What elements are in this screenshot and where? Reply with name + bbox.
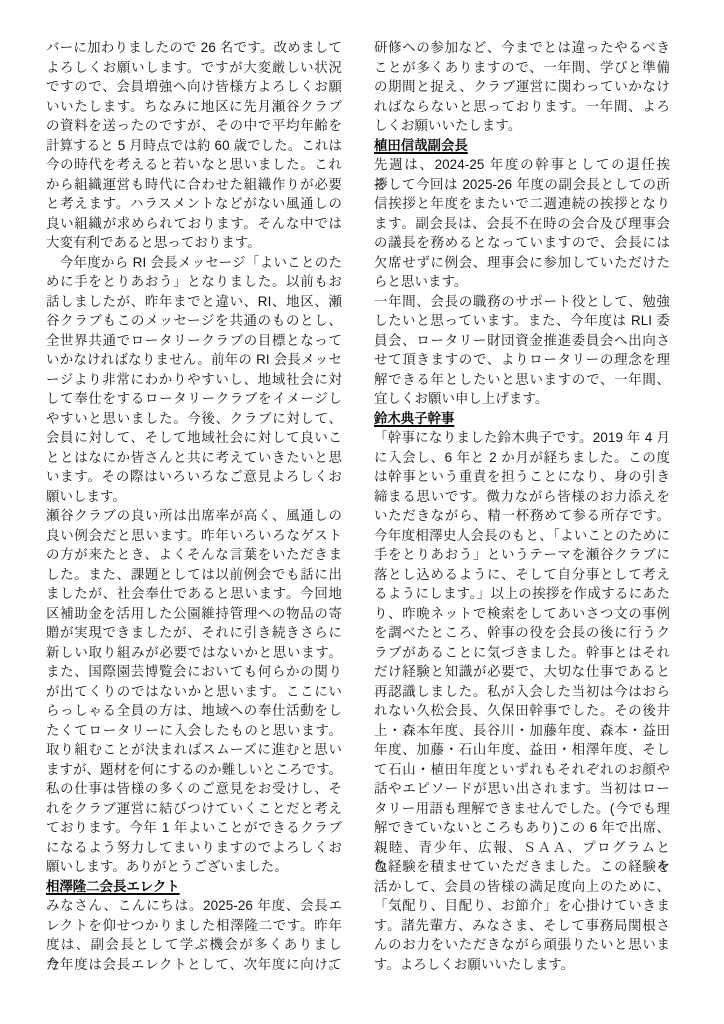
text-line: せて頂きますので、よりロータリーの理念を理: [374, 350, 670, 370]
text-line: るようにします。」以上の挨拶を作成するにあた: [374, 584, 670, 604]
text-line: んのお力をいただきながら頑張りたいと思いま: [374, 935, 670, 955]
text-line: めに手をとりあおう」となりました。以前もお: [46, 272, 342, 292]
text-line: が出てくりのではないかと思います。ここにい: [46, 682, 342, 702]
text-line: 手をとりあおう」というテーマを瀬谷クラブに: [374, 545, 670, 565]
text-line: います。その際はいろいろなご意見よろしくお: [46, 467, 342, 487]
text-line: れない久松会長、久保田幹事でした。その後井: [374, 701, 670, 721]
text-line: みなさん、こんにちは。2025-26 年度、会長エ: [46, 896, 342, 916]
text-line: ましたが、社会奉仕であると思います。今回地: [46, 584, 342, 604]
text-line: だけ経験と知識が必要で、大切な仕事であると: [374, 662, 670, 682]
text-line: らと思います。: [374, 272, 670, 292]
section-heading: 相澤隆二会長エレクト: [46, 877, 342, 897]
text-line: 信挨拶と年度をまたいで二週連続の挨拶となり: [374, 194, 670, 214]
paragraph: みなさん、こんにちは。2025-26 年度、会長エレクトを仰せつかりました相澤隆…: [46, 896, 342, 974]
text-line: の方が来たとき、よくそんな言葉をいただきま: [46, 545, 342, 565]
section-heading: 鈴木典子幹事: [374, 409, 670, 429]
text-line: 年度、加藤・石山年度、益田・相澤年度、そし: [374, 740, 670, 760]
paragraph: 研修への参加など、今までとは違ったやるべきことが多くありますので、一年間、学びと…: [374, 38, 670, 136]
text-line: 「気配り、目配り、お節介」を心掛けていきま: [374, 896, 670, 916]
text-line: 研修への参加など、今までとは違ったやるべき: [374, 38, 670, 58]
text-line: いただきながら、精一杯務めて参る所存です。: [374, 506, 670, 526]
text-line: そして今回は 2025-26 年度の副会長としての所: [374, 175, 670, 195]
text-line: タリー用語も理解できませんでした。(今でも理: [374, 799, 670, 819]
text-line: 会員に対して、そして地域社会に対して良いこ: [46, 428, 342, 448]
text-line: やすいと思いました。今後、クラブに対して、: [46, 409, 342, 429]
document-page: バーに加わりましたので 26 名です。改めましてよろしくお願いします。ですが大変…: [46, 38, 670, 974]
text-column-right: 研修への参加など、今までとは違ったやるべきことが多くありますので、一年間、学びと…: [374, 38, 670, 974]
text-line: 私の仕事は皆様の多くのご意見をお受けし、そ: [46, 779, 342, 799]
text-line: たくてロータリーに入会したものと思います。: [46, 721, 342, 741]
text-line: 今年度は会長エレクトとして、次年度に向けて: [46, 955, 342, 975]
text-line: ことが多くありますので、一年間、学びと準備: [374, 58, 670, 78]
text-line: 願いします。: [46, 487, 342, 507]
text-line: 宜しくお願い申し上げます。: [374, 389, 670, 409]
text-line: 落とし込めるように、そして自分事として考え: [374, 565, 670, 585]
text-line: ればならないと思っております。一年間、よろ: [374, 97, 670, 117]
text-line: ですので、会員増強へ向け皆様方よろしくお願: [46, 77, 342, 97]
section-heading: 植田信哉副会長: [374, 136, 670, 156]
text-line: したいと思っています。また、今年度は RLI 委: [374, 311, 670, 331]
text-line: す。諸先輩方、みなさま、そして事務局関根さ: [374, 916, 670, 936]
section-heading-text: 植田信哉副会長: [374, 138, 468, 153]
text-line: 良い組織が求められております。そんな中では: [46, 214, 342, 234]
text-line: 「幹事になりました鈴木典子です。2019 年 4 月: [374, 428, 670, 448]
text-line: 親睦、青少年、広報、ＳＡＡ、プログラムと色々: [374, 838, 670, 858]
text-line: 員会、ロータリー財団資金推進委員会へ出向さ: [374, 331, 670, 351]
text-line: 一年間、会長の職務のサポート役として、勉強: [374, 292, 670, 312]
text-line: 今年度から RI 会長メッセージ「よいことのた: [46, 253, 342, 273]
text-line: に入会し、6 年と 2 か月が経ちました。この度: [374, 448, 670, 468]
text-line: 区補助金を活用した公園維持管理への物品の寄: [46, 604, 342, 624]
text-line: 解できる年としたいと思いますので、一年間、: [374, 370, 670, 390]
text-line: ラブがあることに気づきました。幹事とはそれ: [374, 643, 670, 663]
text-line: ージより非常にわかりやすいし、地域社会に対: [46, 370, 342, 390]
text-line: いかなければなりません。前年の RI 会長メッセ: [46, 350, 342, 370]
text-line: 新しい取り組みが必要ではないかと思います。: [46, 643, 342, 663]
text-line: 今の時代を考えると若いなと思いました。これ: [46, 155, 342, 175]
text-line: 贈が実現できましたが、それに引き続きさらに: [46, 623, 342, 643]
text-line: ます。副会長は、会長不在時の会合及び理事会: [374, 214, 670, 234]
text-line: 谷クラブもこのメッセージを共通のものとし、: [46, 311, 342, 331]
text-line: した。また、課題としては以前例会でも話に出: [46, 565, 342, 585]
text-line: り、昨晩ネットで検索をしてあいさつ文の事例: [374, 604, 670, 624]
text-line: 先週は、2024-25 年度の幹事としての退任挨拶、: [374, 155, 670, 175]
text-line: 話やエピソードが思い出されます。当初はロー: [374, 779, 670, 799]
text-line: ております。今年 1 年よいことができるクラブ: [46, 818, 342, 838]
text-line: 度は、副会長として学ぶ機会が多くありました。: [46, 935, 342, 955]
text-line: な経験を積ませていただきました。この経験を: [374, 857, 670, 877]
section-heading-text: 相澤隆二会長エレクト: [46, 879, 180, 894]
paragraph: 瀬谷クラブの良い所は出席率が高く、風通しの良い例会だと思います。昨年いろいろなゲ…: [46, 506, 342, 877]
section-heading-text: 鈴木典子幹事: [374, 411, 454, 426]
paragraph: バーに加わりましたので 26 名です。改めましてよろしくお願いします。ですが大変…: [46, 38, 342, 253]
paragraph: 今年度から RI 会長メッセージ「よいことのために手をとりあおう」となりました。…: [46, 253, 342, 507]
text-line: 活かして、会員の皆様の満足度向上のために、: [374, 877, 670, 897]
text-line: バーに加わりましたので 26 名です。改めまして: [46, 38, 342, 58]
text-line: また、国際園芸博覧会においても何らかの関り: [46, 662, 342, 682]
text-line: 取り組むことが決まればスムーズに進むと思い: [46, 740, 342, 760]
text-line: して奉仕をするロータリークラブをイメージし: [46, 389, 342, 409]
text-line: の期間と捉え、クラブ運営に関わっていかなけ: [374, 77, 670, 97]
text-line: レクトを仰せつかりました相澤隆二です。昨年: [46, 916, 342, 936]
text-line: 話しましたが、昨年までと違い、RI、地区、瀬: [46, 292, 342, 312]
paragraph: 先週は、2024-25 年度の幹事としての退任挨拶、そして今回は 2025-26…: [374, 155, 670, 292]
text-line: は幹事という重責を担うことになり、身の引き: [374, 467, 670, 487]
text-line: から組織運営も時代に合わせた組織作りが必要: [46, 175, 342, 195]
text-line: いいたします。ちなみに地区に先月瀬谷クラブ: [46, 97, 342, 117]
text-line: 上・森本年度、長谷川・加藤年度、森本・益田: [374, 721, 670, 741]
text-line: ますが、題材を何にするのか難しいところです。: [46, 760, 342, 780]
text-line: になるよう努力してまいりますのでよろしくお: [46, 838, 342, 858]
paragraph: 「幹事になりました鈴木典子です。2019 年 4 月に入会し、6 年と 2 か月…: [374, 428, 670, 974]
text-line: しくお願いいたします。: [374, 116, 670, 136]
text-line: らっしゃる全員の方は、地域への奉仕活動をし: [46, 701, 342, 721]
text-line: 今年度相澤史人会長のもと、「よいことのために: [374, 526, 670, 546]
text-line: 願いします。ありがとうございました。: [46, 857, 342, 877]
text-line: よろしくお願いします。ですが大変厳しい状況: [46, 58, 342, 78]
text-line: と考えます。ハラスメントなどがない風通しの: [46, 194, 342, 214]
text-line: の議長を務めるとなっていますので、会長には: [374, 233, 670, 253]
text-line: 瀬谷クラブの良い所は出席率が高く、風通しの: [46, 506, 342, 526]
text-line: 計算すると 5 月時点では約 60 歳でした。これは: [46, 136, 342, 156]
text-line: 欠席せずに例会、理事会に参加していただけた: [374, 253, 670, 273]
text-line: 大変有利であると思っております。: [46, 233, 342, 253]
text-line: 解できていないところもあり)この 6 年で出席、: [374, 818, 670, 838]
text-line: を調べたところ、幹事の役を会長の後に行うク: [374, 623, 670, 643]
text-line: 締まる思いです。微力ながら皆様のお力添えを: [374, 487, 670, 507]
text-line: て石山・植田年度といずれもそれぞれのお顔や: [374, 760, 670, 780]
text-line: 全世界共通でロータリークラブの目標となって: [46, 331, 342, 351]
text-line: れをクラブ運営に結びつけていくことだと考え: [46, 799, 342, 819]
text-column-left: バーに加わりましたので 26 名です。改めましてよろしくお願いします。ですが大変…: [46, 38, 342, 974]
text-line: 再認識しました。私が入会した当初は今はおら: [374, 682, 670, 702]
text-line: の資料を送ったのですが、その中で平均年齢を: [46, 116, 342, 136]
text-line: ととはなにか皆さんと共に考えていきたいと思: [46, 448, 342, 468]
text-line: す。よろしくお願いいたします。: [374, 955, 670, 975]
text-line: 良い例会だと思います。昨年いろいろなゲスト: [46, 526, 342, 546]
paragraph: 一年間、会長の職務のサポート役として、勉強したいと思っています。また、今年度は …: [374, 292, 670, 409]
